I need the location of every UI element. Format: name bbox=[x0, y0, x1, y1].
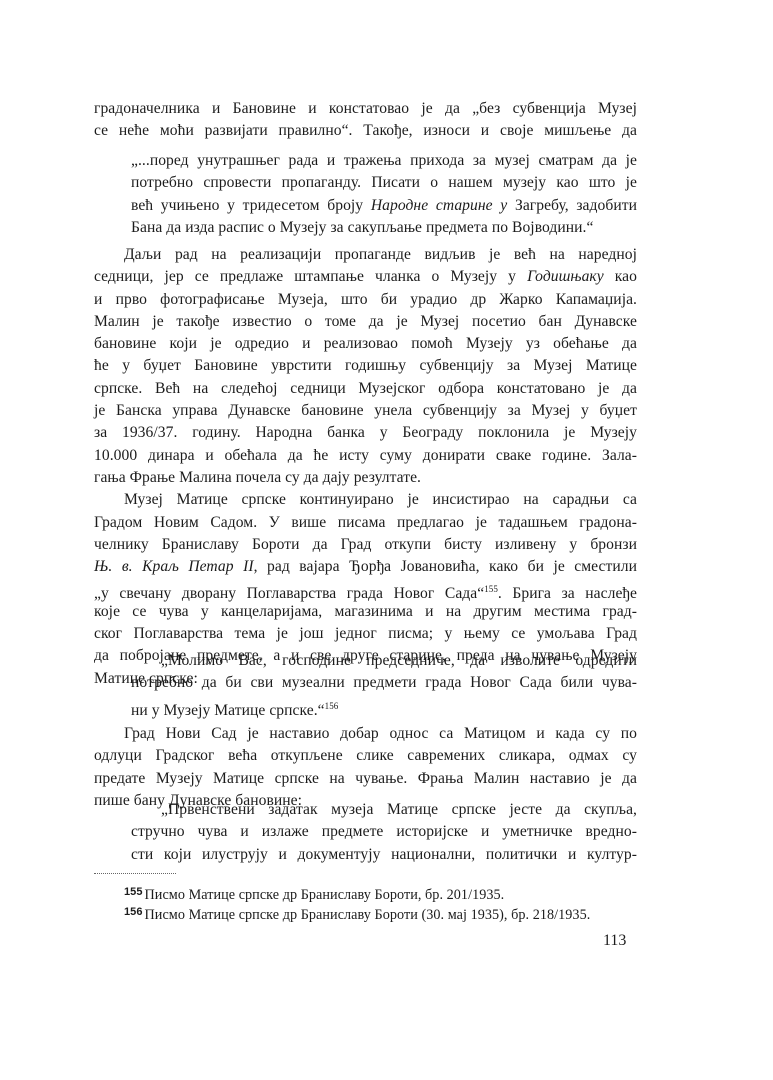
footnote-text: Писмо Матице српске др Браниславу Бороти… bbox=[145, 907, 591, 923]
footnote-text: Писмо Матице српске др Браниславу Бороти… bbox=[145, 887, 505, 903]
page-number: 113 bbox=[603, 932, 626, 950]
block-quote-3: „Првенствени задатак музеја Матице српск… bbox=[131, 799, 637, 866]
text-run: Музеј Матице српске континуирано је инси… bbox=[124, 491, 637, 508]
text-run: као bbox=[604, 268, 637, 285]
text-line: већ учињено у тридесетом броју Народне с… bbox=[131, 195, 637, 217]
text-run: , рад вајара Ђорђа Јовановића, како би ј… bbox=[254, 558, 637, 575]
text-line: челнику Браниславу Бороти да Град откупи… bbox=[94, 534, 637, 556]
text-line: „у свечану дворану Поглаварства града Но… bbox=[94, 578, 637, 600]
text-line: 10.000 динара и обећала да ће исту суму … bbox=[94, 445, 637, 467]
footnotes: 155Писмо Матице српске др Браниславу Бор… bbox=[124, 882, 644, 922]
block-quote-1: „...поред унутрашњег рада и тражења прих… bbox=[131, 150, 637, 239]
text-line: српске. Већ на следећој седници Музејско… bbox=[94, 378, 637, 400]
italic-title: Њ. в. Краљ Петар II bbox=[94, 558, 254, 575]
footnote-ref-156[interactable]: 156 bbox=[325, 701, 339, 711]
text-run: . Брига за наслеђе bbox=[498, 585, 637, 602]
footnote-number: 155 bbox=[124, 886, 143, 898]
text-line: ни у Музеју Матице српске.“156 bbox=[131, 695, 637, 717]
footnote-separator bbox=[94, 873, 176, 874]
text-line: Градом Новим Садом. У више писама предла… bbox=[94, 512, 637, 534]
footnote-number: 156 bbox=[124, 906, 143, 918]
text-line: бановине који је одредио и реализовао по… bbox=[94, 333, 637, 355]
text-line: је Банска управа Дунавске бановине унела… bbox=[94, 400, 637, 422]
text-line: ће у буџет Бановине уврстити годишњу суб… bbox=[94, 355, 637, 377]
text-run: седници, јер се предлаже штампање чланка… bbox=[94, 268, 527, 285]
text-line: Град Нови Сад је наставио добар однос са… bbox=[94, 723, 637, 745]
block-quote-2: „Молимо Вас, господине председниче, да и… bbox=[131, 650, 637, 717]
text-line: предате Музеју Матице српске на чување. … bbox=[94, 768, 637, 790]
text-line: „Првенствени задатак музеја Матице српск… bbox=[131, 799, 637, 821]
text-run: „у свечану дворану Поглаварства града Но… bbox=[94, 585, 484, 602]
document-page: градоначелника и Бановине и констатовао … bbox=[0, 0, 773, 1080]
text-line: ског Поглаварства тема је још једног пис… bbox=[94, 623, 637, 645]
text-line: Бана да изда распис о Музеју за сакупљањ… bbox=[131, 217, 637, 239]
text-line: Музеј Матице српске континуирано је инси… bbox=[94, 489, 637, 511]
footnote-156: 156Писмо Матице српске др Браниславу Бор… bbox=[124, 902, 644, 922]
text-line: сти који илуструју и документују национа… bbox=[131, 844, 637, 866]
text-line: „Молимо Вас, господине председниче, да и… bbox=[131, 650, 637, 672]
text-line: одлуци Градског већа откупљене слике сав… bbox=[94, 745, 637, 767]
text-run: „Молимо Вас, господине председниче, да и… bbox=[161, 652, 637, 669]
text-line: Њ. в. Краљ Петар II, рад вајара Ђорђа Јо… bbox=[94, 556, 637, 578]
paragraph-1: градоначелника и Бановине и констатовао … bbox=[94, 98, 637, 143]
text-line: Малин је такође известио о томе да је Му… bbox=[94, 311, 637, 333]
text-line: стручно чува и излаже предмете историјск… bbox=[131, 821, 637, 843]
footnote-155: 155Писмо Матице српске др Браниславу Бор… bbox=[124, 882, 644, 902]
text-line: потребно спровести пропаганду. Писати о … bbox=[131, 172, 637, 194]
text-line: и прво фотографисање Музеја, што би урад… bbox=[94, 289, 637, 311]
text-run: Град Нови Сад је наставио добар однос са… bbox=[124, 725, 637, 742]
text-run: ни у Музеју Матице српске.“ bbox=[131, 702, 325, 719]
text-run: „Првенствени задатак музеја Матице српск… bbox=[161, 801, 637, 818]
text-line: потребно да би сви музеални предмети гра… bbox=[131, 672, 637, 694]
text-line: седници, јер се предлаже штампање чланка… bbox=[94, 266, 637, 288]
paragraph-2-3: Даљи рад на реализацији пропаганде видљи… bbox=[94, 244, 637, 690]
text-line: које се чува у канцеларијама, магазинима… bbox=[94, 601, 637, 623]
italic-title: Народне старине у bbox=[371, 197, 507, 214]
text-line: „...поред унутрашњег рада и тражења прих… bbox=[131, 150, 637, 172]
text-line: Даљи рад на реализацији пропаганде видљи… bbox=[94, 244, 637, 266]
text-line: за 1936/37. годину. Народна банка у Беог… bbox=[94, 422, 637, 444]
text-line: гања Фрање Малина почела су да дају резу… bbox=[94, 467, 637, 489]
text-run: већ учињено у тридесетом броју bbox=[131, 197, 371, 214]
text-line: се неће моћи развијати правилно“. Такође… bbox=[94, 120, 637, 142]
text-line: градоначелника и Бановине и констатовао … bbox=[94, 98, 637, 120]
footnote-ref-155[interactable]: 155 bbox=[484, 584, 498, 594]
text-run: Загребу, задобити bbox=[507, 197, 637, 214]
italic-title: Годишњаку bbox=[527, 268, 604, 285]
text-run: Даљи рад на реализацији пропаганде видљи… bbox=[124, 246, 637, 263]
